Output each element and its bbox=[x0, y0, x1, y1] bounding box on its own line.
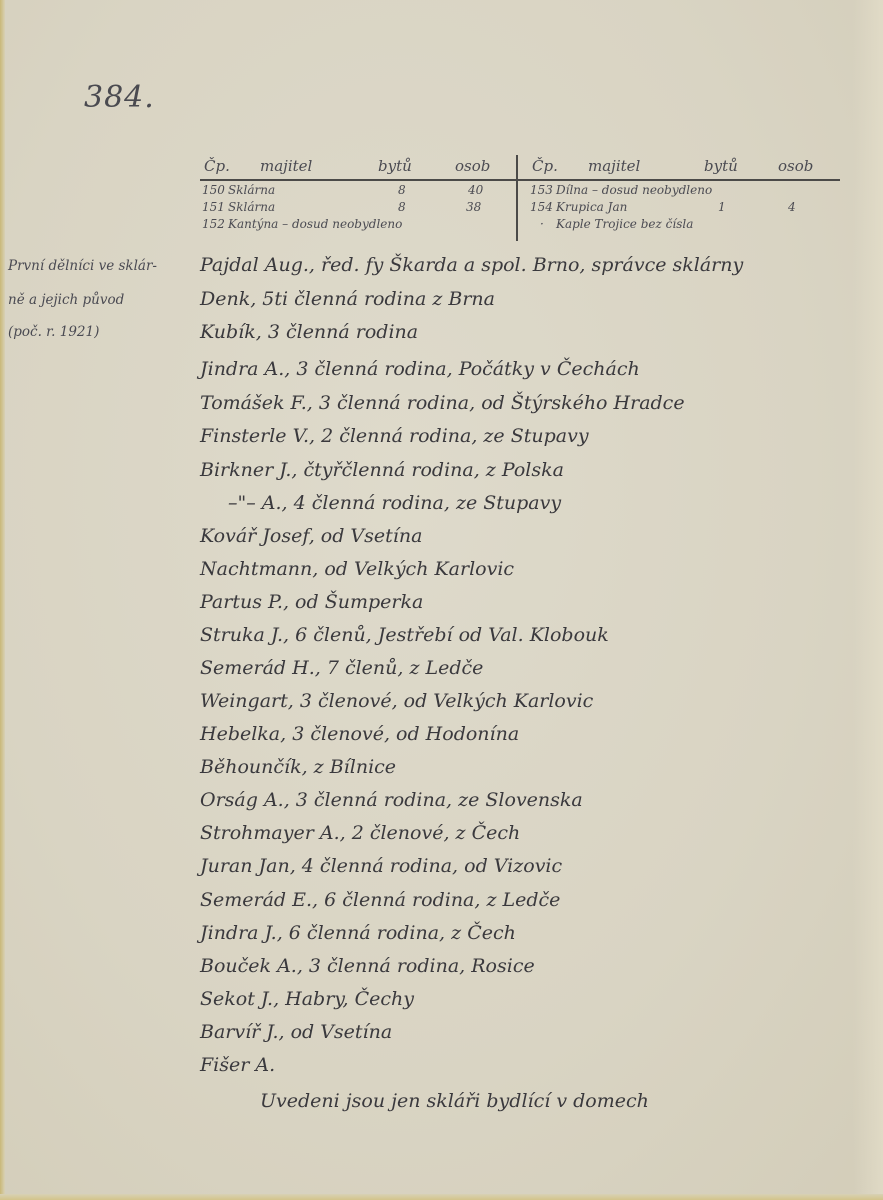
worker-entry: Hebelka, 3 členové, od Hodonína bbox=[200, 723, 519, 745]
worker-entry: –"– A., 4 členná rodina, ze Stupavy bbox=[228, 492, 561, 514]
house-ledger-table: Čp. majitel bytů osob 150 Sklárna 8 40 1… bbox=[200, 155, 840, 243]
header-cp: Čp. bbox=[204, 157, 230, 175]
header-bytu: bytů bbox=[704, 157, 738, 175]
worker-entry: Denk, 5ti členná rodina z Brna bbox=[200, 288, 495, 310]
worker-entry: Sekot J., Habry, Čechy bbox=[200, 988, 414, 1010]
worker-entry: Jindra J., 6 členná rodina, z Čech bbox=[200, 922, 516, 944]
header-cp: Čp. bbox=[532, 157, 558, 175]
worker-entry: Birkner J., čtyřčlenná rodina, z Polska bbox=[200, 459, 564, 481]
worker-entry: Orság A., 3 členná rodina, ze Slovenska bbox=[200, 789, 583, 811]
worker-entry: Nachtmann, od Velkých Karlovic bbox=[200, 558, 514, 580]
row-majitel: Krupica Jan bbox=[556, 200, 627, 214]
page-number: 384. bbox=[84, 80, 155, 115]
margin-note-line: (poč. r. 1921) bbox=[8, 324, 99, 340]
row-bytu: 1 bbox=[718, 200, 726, 214]
worker-entry: Finsterle V., 2 členná rodina, ze Stupav… bbox=[200, 425, 589, 447]
row-osob: 4 bbox=[788, 200, 796, 214]
worker-entry: Semerád H., 7 členů, z Ledče bbox=[200, 657, 483, 679]
worker-entry: Juran Jan, 4 členná rodina, od Vizovic bbox=[200, 855, 562, 877]
header-rule bbox=[200, 179, 840, 181]
worker-entry: Kovář Josef, od Vsetína bbox=[200, 525, 422, 547]
header-majitel: majitel bbox=[588, 157, 640, 175]
margin-note-line: První dělníci ve sklár- bbox=[8, 258, 157, 274]
worker-entry: Partus P., od Šumperka bbox=[200, 591, 423, 613]
margin-note-line: ně a jejich původ bbox=[8, 292, 124, 308]
page-edge-bottom bbox=[0, 1194, 883, 1200]
page-edge-left bbox=[0, 0, 5, 1200]
row-bytu: 8 bbox=[398, 183, 406, 197]
footer-note: Uvedeni jsou jen skláři bydlící v domech bbox=[260, 1090, 649, 1112]
worker-entry: Pajdal Aug., řed. fy Škarda a spol. Brno… bbox=[200, 254, 743, 276]
worker-entry: Fišer A. bbox=[200, 1054, 275, 1076]
row-cp: 151 bbox=[202, 200, 225, 214]
worker-entry: Semerád E., 6 členná rodina, z Ledče bbox=[200, 889, 560, 911]
header-osob: osob bbox=[455, 157, 490, 175]
column-divider bbox=[516, 155, 518, 241]
worker-entry: Struka J., 6 členů, Jestřebí od Val. Klo… bbox=[200, 624, 609, 646]
header-majitel: majitel bbox=[260, 157, 312, 175]
row-majitel: Sklárna bbox=[228, 183, 275, 197]
row-cp: 153 bbox=[530, 183, 553, 197]
row-majitel: Sklárna bbox=[228, 200, 275, 214]
row-cp: 150 bbox=[202, 183, 225, 197]
row-cp: 154 bbox=[530, 200, 553, 214]
row-osob: 38 bbox=[466, 200, 481, 214]
row-cp: 152 bbox=[202, 217, 225, 231]
row-majitel: Dílna – dosud neobydleno bbox=[556, 183, 712, 197]
row-bytu: 8 bbox=[398, 200, 406, 214]
header-bytu: bytů bbox=[378, 157, 412, 175]
worker-entry: Barvíř J., od Vsetína bbox=[200, 1021, 392, 1043]
row-cp: · bbox=[540, 217, 544, 231]
worker-entry: Weingart, 3 členové, od Velkých Karlovic bbox=[200, 690, 593, 712]
header-osob: osob bbox=[778, 157, 813, 175]
worker-entry: Tomášek F., 3 členná rodina, od Štýrskéh… bbox=[200, 392, 685, 414]
worker-entry: Bouček A., 3 členná rodina, Rosice bbox=[200, 955, 535, 977]
row-majitel: Kantýna – dosud neobydleno bbox=[228, 217, 402, 231]
row-osob: 40 bbox=[468, 183, 483, 197]
worker-entry: Jindra A., 3 členná rodina, Počátky v Če… bbox=[200, 358, 640, 380]
row-majitel: Kaple Trojice bez čísla bbox=[556, 217, 693, 231]
worker-entry: Kubík, 3 členná rodina bbox=[200, 321, 418, 343]
worker-entry: Běhounčík, z Bílnice bbox=[200, 756, 396, 778]
worker-entry: Strohmayer A., 2 členové, z Čech bbox=[200, 822, 520, 844]
page-edge-right bbox=[853, 0, 883, 1200]
ledger-page: 384. Čp. majitel bytů osob 150 Sklárna 8… bbox=[0, 0, 883, 1200]
